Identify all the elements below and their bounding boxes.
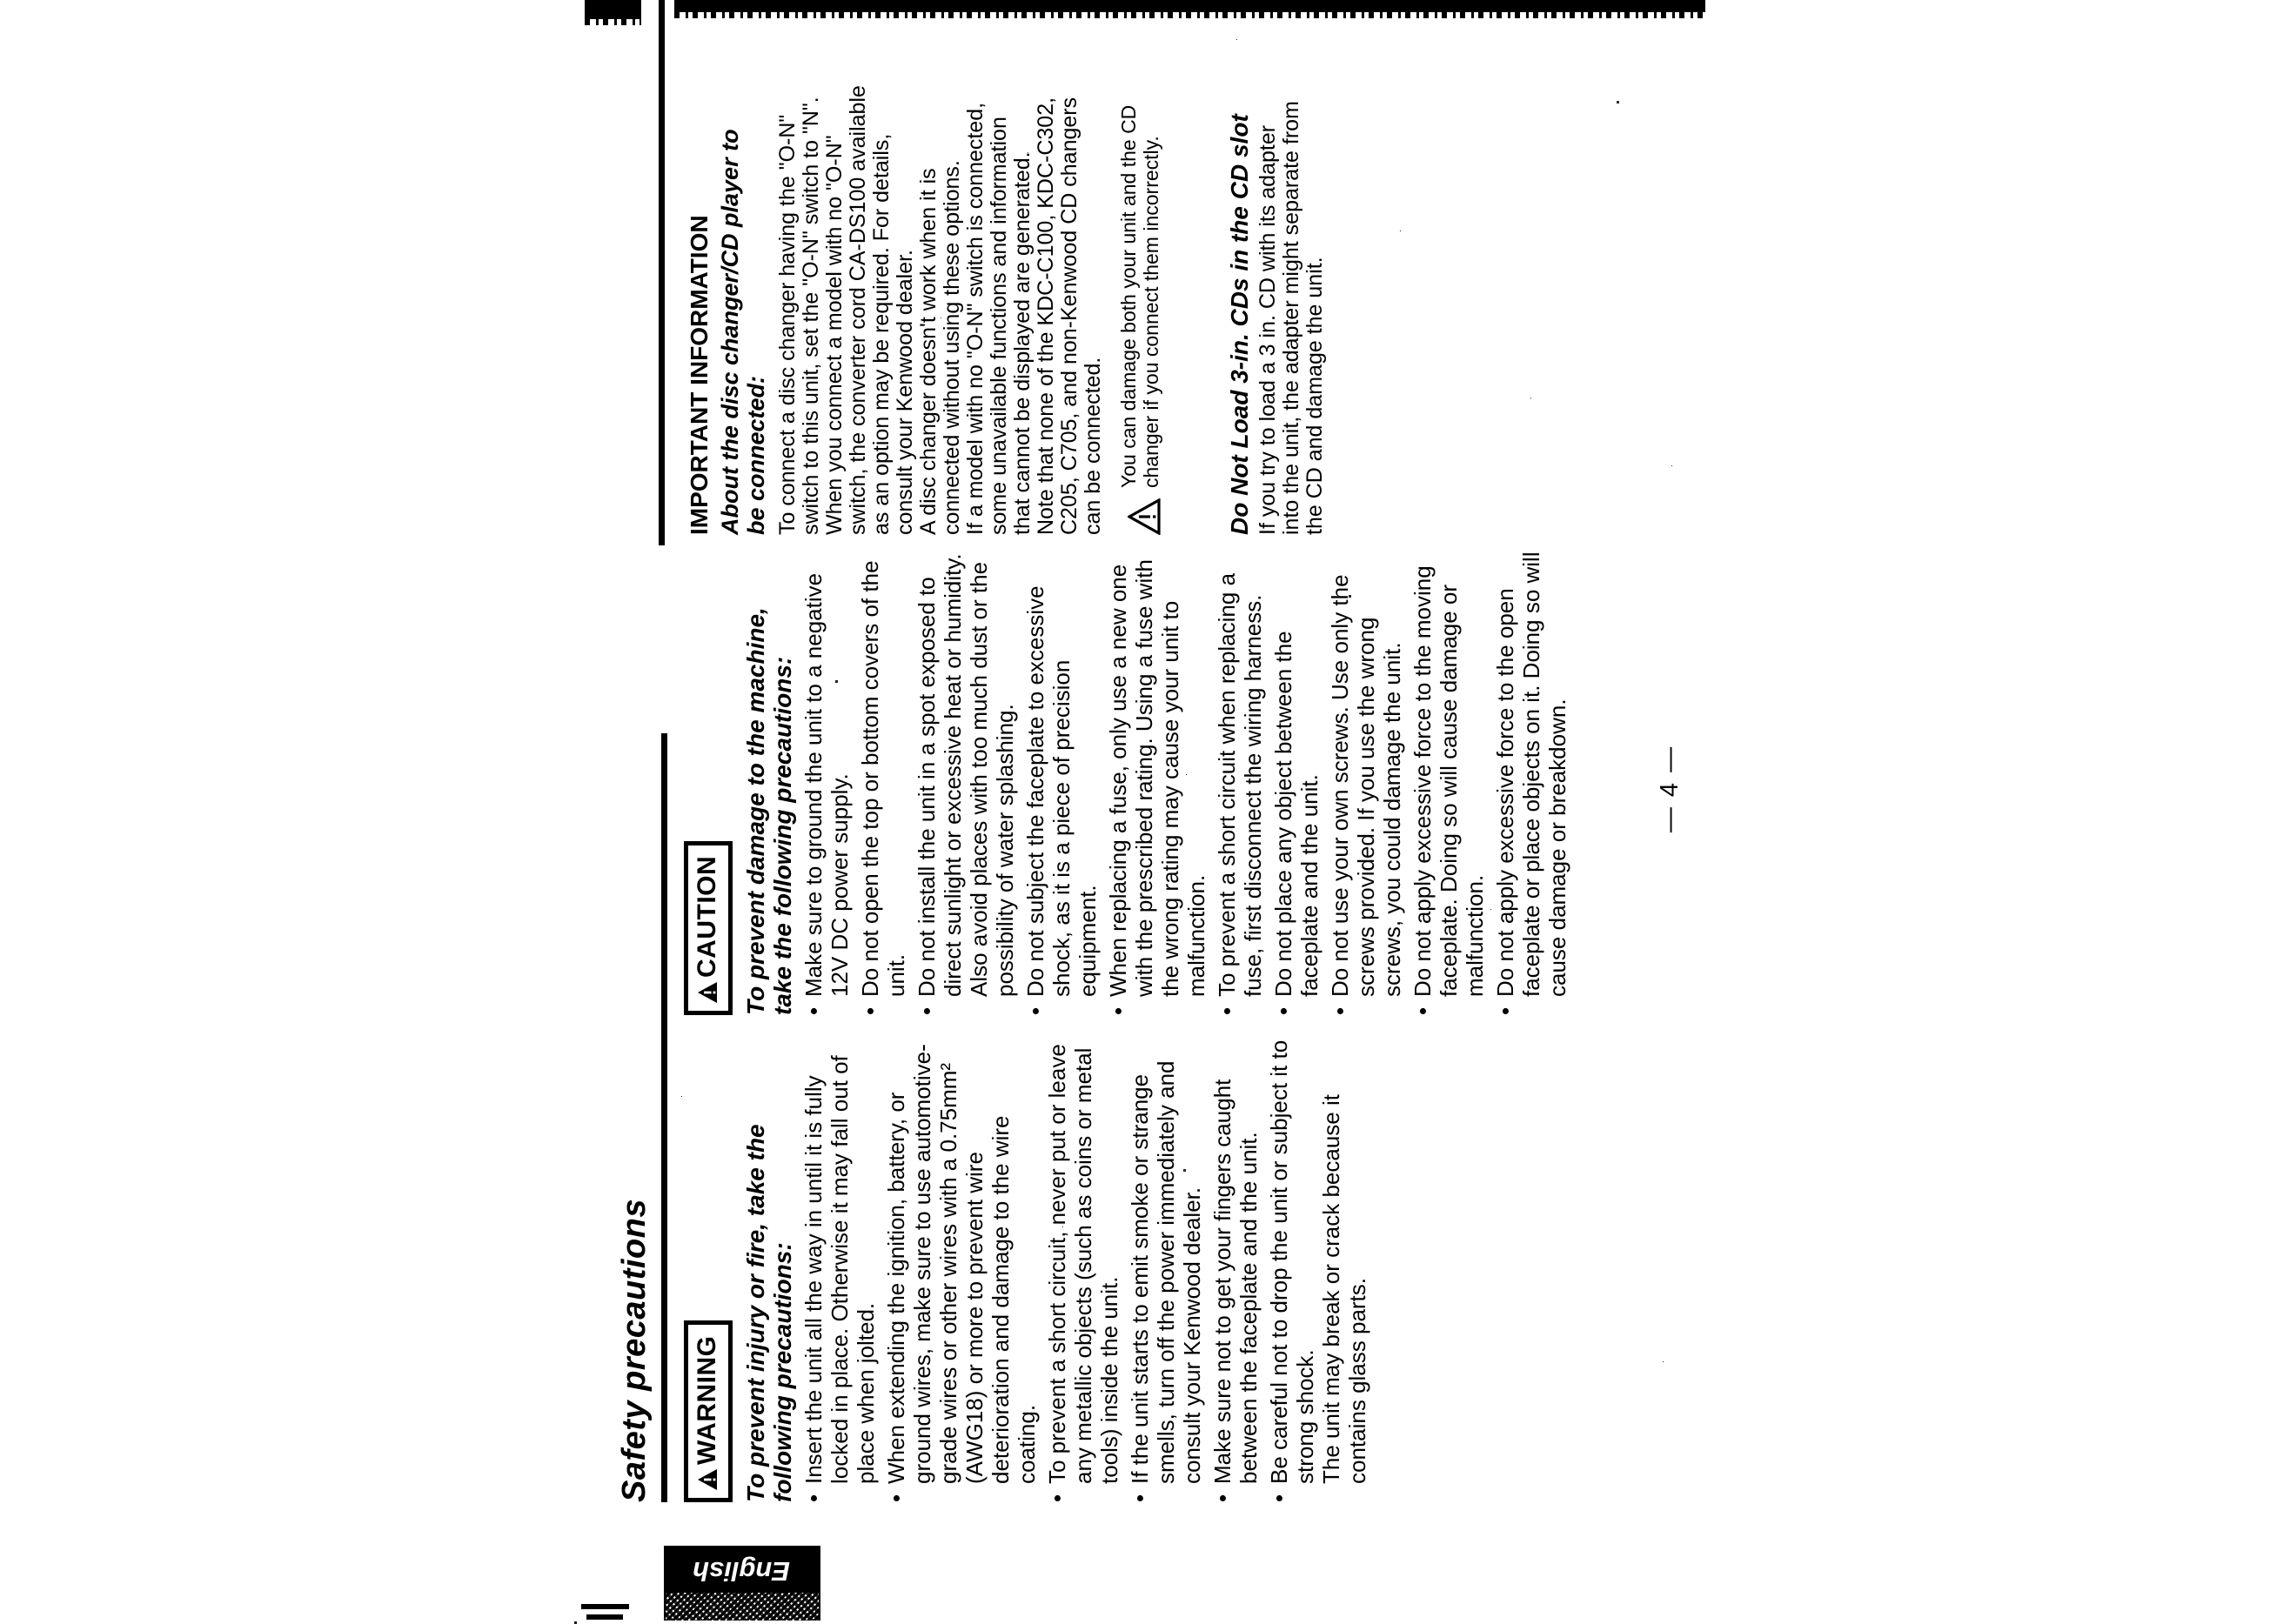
text-line: direct sunlight or excessive heat or hum… — [940, 528, 966, 997]
text-line: screws provided. If you use the wrong — [1353, 528, 1379, 997]
text-line: take the following precautions: — [769, 528, 796, 1015]
bullet-item: •Do not install the unit in a spot expos… — [914, 528, 1018, 1015]
text-line: smells, turn off the power immediately a… — [1153, 1015, 1179, 1484]
text-line: the wrong rating may cause your unit to — [1157, 528, 1183, 997]
caution-column: CAUTION To prevent damage to the machine… — [684, 528, 1570, 1015]
scan-edge-bar-segment — [585, 0, 641, 19]
text-line: consult your Kenwood dealer. — [1179, 1015, 1205, 1484]
text-line: fuse, first disconnect the wiring harnes… — [1240, 528, 1266, 997]
text-line: screws, you could damage the unit. — [1379, 528, 1405, 997]
text-line: switch to this unit, set the "O-N" switc… — [800, 35, 823, 535]
scan-edge-bar — [674, 0, 1705, 12]
text-line: malfunction. — [1462, 528, 1488, 997]
bullet-glyph: • — [1214, 1007, 1240, 1015]
warning-intro: To prevent injury or fire, take thefollo… — [742, 1015, 796, 1502]
text-line: some unavailable functions and informati… — [988, 35, 1011, 535]
text-line: Do not subject the faceplate to excessiv… — [1022, 528, 1048, 997]
bullet-item: •When replacing a fuse, only use a new o… — [1105, 528, 1209, 1015]
bullet-glyph: • — [1409, 1007, 1436, 1015]
text-line: equipment. — [1075, 528, 1101, 997]
bullet-glyph: • — [883, 1494, 909, 1502]
bullet-item: •To prevent a short circuit, never put o… — [1044, 1015, 1122, 1502]
text-line: When you connect a model with no "O-N" — [823, 35, 847, 535]
bullet-item: •To prevent a short circuit when replaci… — [1214, 528, 1266, 1015]
text-line: To connect a disc changer having the "O-… — [776, 35, 800, 535]
warning-box-label: WARNING — [693, 1336, 722, 1466]
alert-triangle-icon — [1128, 498, 1161, 535]
language-tab-label: English — [693, 1555, 790, 1587]
bullet-glyph: • — [914, 1007, 940, 1015]
text-line: unit. — [883, 528, 909, 997]
important-subheading: About the disc changer/CD player tobe co… — [717, 35, 769, 535]
bullet-glyph: • — [1270, 1007, 1296, 1015]
caution-intro: To prevent damage to the machine,take th… — [742, 528, 796, 1015]
bullet-item: •Do not open the top or bottom covers of… — [857, 528, 909, 1015]
bullet-item: •Do not place any object between theface… — [1270, 528, 1322, 1015]
text-line: Do not install the unit in a spot expose… — [914, 528, 940, 997]
changer-damage-note: You can damage both your unit and the CD… — [1117, 35, 1162, 535]
text-line: To prevent injury or fire, take the — [742, 1015, 769, 1502]
text-line: When extending the ignition, battery, or — [883, 1015, 909, 1484]
text-line: cause damage or breakdown. — [1544, 528, 1570, 997]
text-line: To prevent damage to the machine, — [742, 528, 769, 1015]
text-line: changer if you connect them incorrectly. — [1140, 105, 1162, 488]
text-line: locked in place. Otherwise it may fall o… — [827, 1015, 853, 1484]
page-title: Safety precautions — [616, 1199, 653, 1502]
bullet-glyph: • — [800, 1007, 827, 1015]
important-body: To connect a disc changer having the "O-… — [776, 35, 1105, 535]
text-line: Do not apply excessive force to the movi… — [1409, 528, 1436, 997]
text-line: into the unit, the adapter might separat… — [1280, 35, 1303, 535]
bullet-item: •Insert the unit all the way in until it… — [800, 1015, 879, 1502]
text-line: faceplate and the unit. — [1296, 528, 1322, 997]
bullet-glyph: • — [1105, 1007, 1131, 1015]
bullet-glyph: • — [1492, 1007, 1518, 1015]
tab-halftone-texture — [666, 1593, 819, 1621]
text-line: Also avoid places with too much dust or … — [966, 528, 992, 997]
text-line: Do not open the top or bottom covers of … — [857, 528, 883, 997]
bullet-item: •Do not apply excessive force to the mov… — [1409, 528, 1488, 1015]
manual-page: Safety precautions WARNING To prevent in… — [574, 0, 1744, 1624]
caution-box-label: CAUTION — [693, 856, 722, 978]
text-line: the CD and damage the unit. — [1303, 35, 1327, 535]
text-line: coating. — [1014, 1015, 1040, 1484]
do-not-load-body: If you try to load a 3 in. CD with its a… — [1256, 35, 1327, 535]
text-line: switch, the converter cord CA-DS100 avai… — [847, 35, 870, 535]
text-line: 12V DC power supply. — [827, 528, 853, 997]
page-number: — 4 — — [1656, 702, 1684, 876]
changer-damage-note-text: You can damage both your unit and the CD… — [1117, 105, 1162, 488]
text-line: place when jolted. — [853, 1015, 879, 1484]
text-line: faceplate or place objects on it. Doing … — [1518, 528, 1544, 997]
text-line: possibility of water splashing. — [992, 528, 1018, 997]
text-line: Be careful not to drop the unit or subje… — [1266, 1015, 1292, 1484]
caution-box: CAUTION — [684, 841, 733, 1015]
caution-bullet-list: •Make sure to ground the unit to a negat… — [800, 528, 1570, 1015]
bullet-item: •Do not apply excessive force to the ope… — [1492, 528, 1570, 1015]
text-line: deterioration and damage to the wire — [988, 1015, 1014, 1484]
text-line: with the prescribed rating. Using a fuse… — [1131, 528, 1157, 997]
warning-column: WARNING To prevent injury or fire, take … — [684, 1015, 1370, 1502]
text-line: The unit may break or crack because it — [1318, 1015, 1344, 1484]
scan-artifact-dash — [586, 1614, 623, 1620]
text-line: Do not use your own screws. Use only the — [1327, 528, 1353, 997]
text-line: To prevent a short circuit when replacin… — [1214, 528, 1240, 997]
bullet-glyph: • — [1044, 1494, 1070, 1502]
warning-bullet-list: •Insert the unit all the way in until it… — [800, 1015, 1370, 1502]
text-line: If the unit starts to emit smoke or stra… — [1127, 1015, 1153, 1484]
important-section-rule — [659, 0, 665, 545]
text-line: Note that none of the KDC-C100, KDC-C302… — [1035, 35, 1058, 535]
text-line: C205, C705, and non-Kenwood CD changers — [1058, 35, 1081, 535]
text-line: can be connected. — [1081, 35, 1105, 535]
important-column: IMPORTANT INFORMATION About the disc cha… — [686, 35, 1327, 535]
bullet-glyph: • — [1022, 1007, 1048, 1015]
scan-artifact-dash — [581, 1604, 629, 1609]
warning-triangle-icon — [697, 1468, 718, 1491]
text-line: A disc changer doesn't work when it is — [917, 35, 941, 535]
bullet-glyph: • — [857, 1007, 883, 1015]
text-line: Insert the unit all the way in until it … — [800, 1015, 827, 1484]
text-line: any metallic objects (such as coins or m… — [1070, 1015, 1096, 1484]
text-line: grade wires or other wires with a 0.75mm… — [935, 1015, 961, 1484]
caution-triangle-icon — [697, 981, 718, 1004]
text-line: When replacing a fuse, only use a new on… — [1105, 528, 1131, 997]
important-heading: IMPORTANT INFORMATION — [686, 35, 713, 535]
text-line: shock, as it is a piece of precision — [1048, 528, 1075, 997]
text-line: Do not place any object between the — [1270, 528, 1296, 997]
bullet-glyph: • — [1327, 1007, 1353, 1015]
text-line: malfunction. — [1183, 528, 1209, 997]
text-line: as an option may be required. For detail… — [870, 35, 894, 535]
text-line: About the disc changer/CD player to — [717, 35, 743, 535]
bullet-item: •Be careful not to drop the unit or subj… — [1266, 1015, 1370, 1502]
text-line: ground wires, make sure to use automotiv… — [909, 1015, 935, 1484]
text-line: tools) inside the unit. — [1096, 1015, 1122, 1484]
text-line: consult your Kenwood dealer. — [894, 35, 917, 535]
text-line: If a model with no "O-N" switch is conne… — [964, 35, 988, 535]
bullet-item: •When extending the ignition, battery, o… — [883, 1015, 1040, 1502]
bullet-item: •Make sure not to get your fingers caugh… — [1209, 1015, 1262, 1502]
text-line: connected without using these options. — [941, 35, 964, 535]
text-line: strong shock. — [1292, 1015, 1318, 1484]
bullet-glyph: • — [1127, 1494, 1153, 1502]
bullet-item: •Make sure to ground the unit to a negat… — [800, 528, 853, 1015]
text-line: You can damage both your unit and the CD — [1117, 105, 1140, 488]
bullet-item: •Do not use your own screws. Use only th… — [1327, 528, 1405, 1015]
text-line: following precautions: — [769, 1015, 796, 1502]
bullet-glyph: • — [1266, 1494, 1292, 1502]
text-line: Do not apply excessive force to the open — [1492, 528, 1518, 997]
text-line: Make sure not to get your fingers caught — [1209, 1015, 1235, 1484]
text-line: contains glass parts. — [1344, 1015, 1370, 1484]
text-line: between the faceplate and the unit. — [1235, 1015, 1262, 1484]
text-line: Make sure to ground the unit to a negati… — [800, 528, 827, 997]
text-line: (AWG18) or more to prevent wire — [961, 1015, 988, 1484]
warning-box: WARNING — [684, 1321, 733, 1503]
text-line: that cannot be displayed are generated. — [1011, 35, 1035, 535]
text-line: faceplate. Doing so will cause damage or — [1436, 528, 1462, 997]
title-underline-rule — [661, 733, 667, 1502]
language-tab-english: English — [664, 1546, 820, 1621]
do-not-load-heading: Do Not Load 3-in. CDs in the CD slot — [1225, 35, 1254, 535]
bullet-item: •If the unit starts to emit smoke or str… — [1127, 1015, 1205, 1502]
bullet-glyph: • — [800, 1494, 827, 1502]
text-line: be connected: — [743, 35, 769, 535]
bullet-glyph: • — [1209, 1494, 1235, 1502]
text-line: If you try to load a 3 in. CD with its a… — [1256, 35, 1280, 535]
screenshot-root: { "page": { "title": "Safety precautions… — [0, 0, 2290, 1624]
bullet-item: •Do not subject the faceplate to excessi… — [1022, 528, 1101, 1015]
text-line: To prevent a short circuit, never put or… — [1044, 1015, 1070, 1484]
